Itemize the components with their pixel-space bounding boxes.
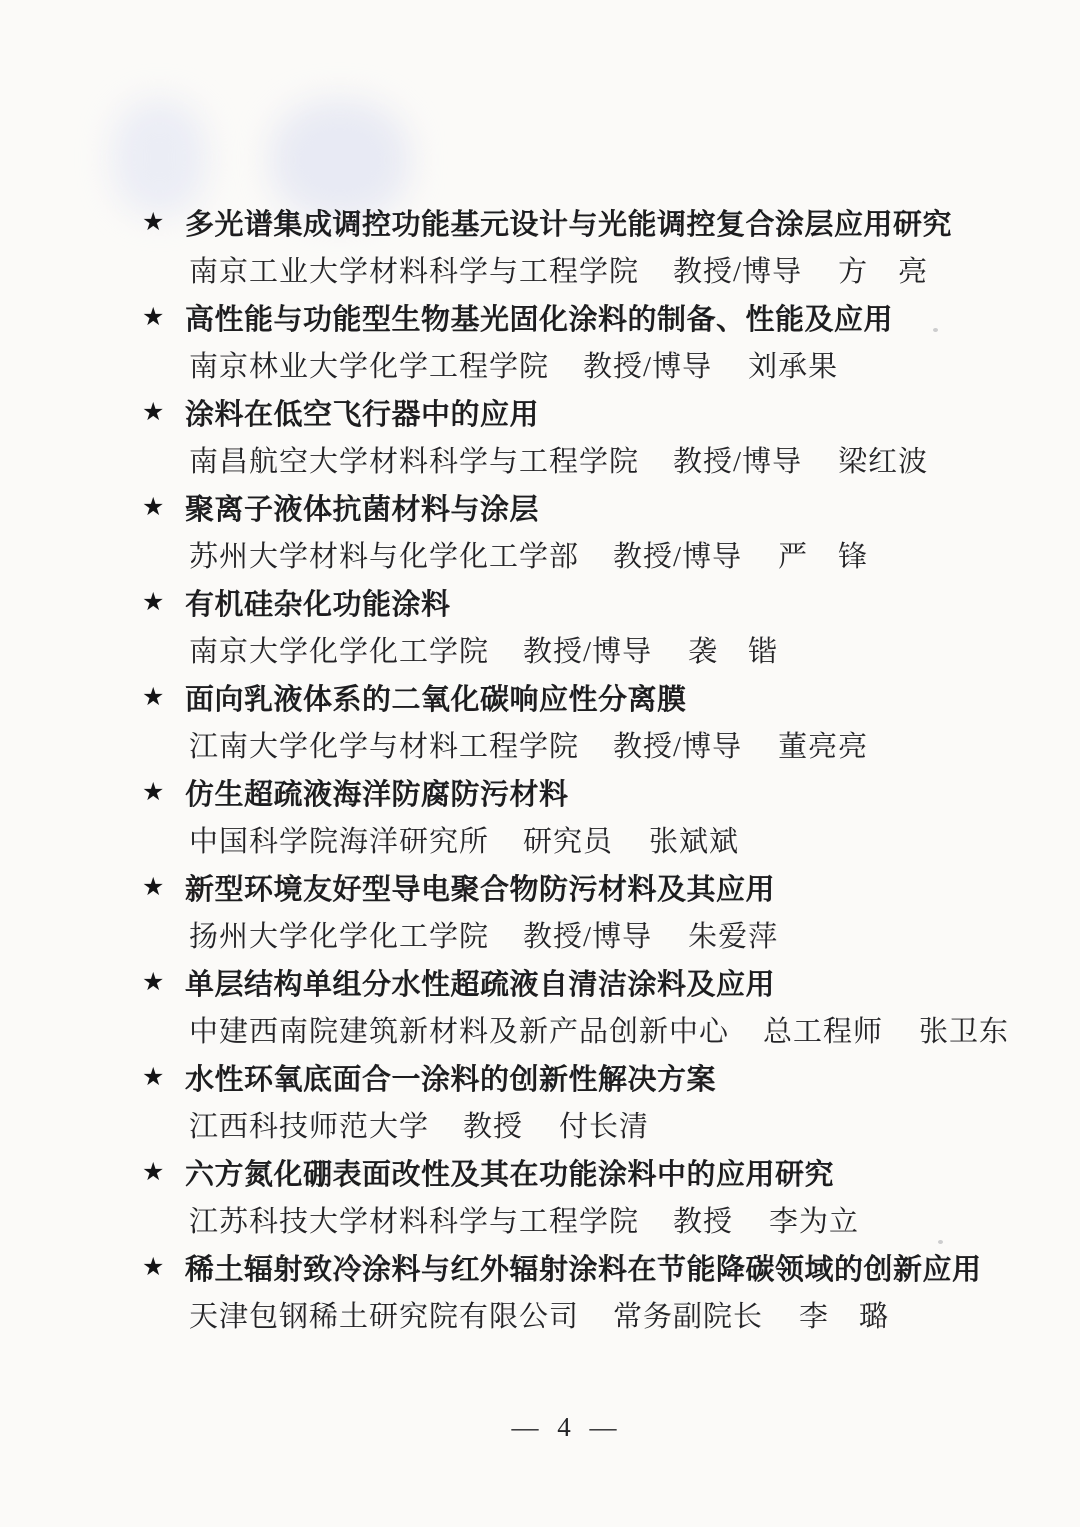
- speaker-affiliation: 南京大学化学化工学院: [189, 629, 489, 670]
- star-bullet-icon: ★: [142, 1255, 185, 1280]
- speaker-name: 刘承果: [748, 344, 838, 385]
- talk-title: 高性能与功能型生物基光固化涂料的制备、性能及应用: [185, 297, 893, 338]
- talk-title: 有机硅杂化功能涂料: [185, 582, 451, 623]
- talk-title-line: ★ 多光谱集成调控功能基元设计与光能调控复合涂层应用研究: [0, 198, 1080, 246]
- star-bullet-icon: ★: [142, 780, 185, 805]
- talk-title-line: ★ 单层结构单组分水性超疏液自清洁涂料及应用: [0, 958, 1080, 1006]
- talk-title: 六方氮化硼表面改性及其在功能涂料中的应用研究: [185, 1152, 834, 1193]
- speaker-role: 教授/博导: [673, 249, 802, 290]
- talk-title-line: ★ 稀土辐射致冷涂料与红外辐射涂料在节能降碳领域的创新应用: [0, 1243, 1080, 1291]
- talk-title: 单层结构单组分水性超疏液自清洁涂料及应用: [185, 962, 775, 1003]
- talk-title-line: ★ 新型环境友好型导电聚合物防污材料及其应用: [0, 863, 1080, 911]
- star-bullet-icon: ★: [142, 590, 185, 615]
- list-item: ★ 聚离子液体抗菌材料与涂层 苏州大学材料与化学化工学部 教授/博导 严 锋: [0, 483, 1080, 578]
- speaker-role: 教授/博导: [613, 724, 742, 765]
- list-item: ★ 仿生超疏液海洋防腐防污材料 中国科学院海洋研究所 研究员 张斌斌: [0, 768, 1080, 863]
- star-bullet-icon: ★: [142, 1160, 185, 1185]
- list-item: ★ 单层结构单组分水性超疏液自清洁涂料及应用 中建西南院建筑新材料及新产品创新中…: [0, 958, 1080, 1053]
- speaker-name: 严 锋: [778, 534, 868, 575]
- talk-title-line: ★ 六方氮化硼表面改性及其在功能涂料中的应用研究: [0, 1148, 1080, 1196]
- page-footer: — 4 —: [27, 1412, 1080, 1443]
- speaker-name: 李为立: [769, 1199, 859, 1240]
- speaker-name: 李 璐: [799, 1294, 889, 1335]
- star-bullet-icon: ★: [142, 210, 185, 235]
- star-bullet-icon: ★: [142, 1065, 185, 1090]
- star-bullet-icon: ★: [142, 685, 185, 710]
- speaker-name: 朱爱萍: [688, 914, 778, 955]
- star-bullet-icon: ★: [142, 305, 185, 330]
- list-item: ★ 多光谱集成调控功能基元设计与光能调控复合涂层应用研究 南京工业大学材料科学与…: [0, 198, 1080, 293]
- speaker-role: 常务副院长: [613, 1294, 763, 1335]
- speaker-affiliation: 扬州大学化学化工学院: [189, 914, 489, 955]
- list-item: ★ 六方氮化硼表面改性及其在功能涂料中的应用研究 江苏科技大学材料科学与工程学院…: [0, 1148, 1080, 1243]
- speaker-role: 教授/博导: [523, 914, 652, 955]
- star-bullet-icon: ★: [142, 400, 185, 425]
- speaker-name: 张斌斌: [649, 819, 739, 860]
- speaker-name: 张卫东: [919, 1009, 1009, 1050]
- star-bullet-icon: ★: [142, 970, 185, 995]
- speaker-line: 江苏科技大学材料科学与工程学院 教授 李为立: [0, 1196, 1080, 1243]
- talk-title: 仿生超疏液海洋防腐防污材料: [185, 772, 569, 813]
- speaker-name: 袭 锴: [688, 629, 778, 670]
- speaker-line: 中建西南院建筑新材料及新产品创新中心 总工程师 张卫东: [0, 1006, 1080, 1053]
- list-item: ★ 高性能与功能型生物基光固化涂料的制备、性能及应用 南京林业大学化学工程学院 …: [0, 293, 1080, 388]
- scanned-page: ★ 多光谱集成调控功能基元设计与光能调控复合涂层应用研究 南京工业大学材料科学与…: [0, 0, 1080, 1527]
- speaker-role: 教授/博导: [523, 629, 652, 670]
- speaker-affiliation: 中建西南院建筑新材料及新产品创新中心: [189, 1009, 729, 1050]
- speaker-affiliation: 中国科学院海洋研究所: [189, 819, 489, 860]
- list-item: ★ 新型环境友好型导电聚合物防污材料及其应用 扬州大学化学化工学院 教授/博导 …: [0, 863, 1080, 958]
- page-number: — 4 —: [512, 1412, 623, 1442]
- speaker-role: 教授: [463, 1104, 523, 1145]
- speaker-affiliation: 江西科技师范大学: [189, 1104, 429, 1145]
- speaker-name: 梁红波: [838, 439, 928, 480]
- talk-title-line: ★ 高性能与功能型生物基光固化涂料的制备、性能及应用: [0, 293, 1080, 341]
- speaker-line: 苏州大学材料与化学化工学部 教授/博导 严 锋: [0, 531, 1080, 578]
- talk-title-line: ★ 面向乳液体系的二氧化碳响应性分离膜: [0, 673, 1080, 721]
- presentation-list: ★ 多光谱集成调控功能基元设计与光能调控复合涂层应用研究 南京工业大学材料科学与…: [0, 198, 1080, 1338]
- speaker-affiliation: 江南大学化学与材料工程学院: [189, 724, 579, 765]
- talk-title: 多光谱集成调控功能基元设计与光能调控复合涂层应用研究: [185, 202, 952, 243]
- speaker-affiliation: 江苏科技大学材料科学与工程学院: [189, 1199, 639, 1240]
- speaker-line: 南昌航空大学材料科学与工程学院 教授/博导 梁红波: [0, 436, 1080, 483]
- speaker-role: 教授: [673, 1199, 733, 1240]
- talk-title: 水性环氧底面合一涂料的创新性解决方案: [185, 1057, 716, 1098]
- speaker-affiliation: 苏州大学材料与化学化工学部: [189, 534, 579, 575]
- speaker-line: 天津包钢稀土研究院有限公司 常务副院长 李 璐: [0, 1291, 1080, 1338]
- list-item: ★ 有机硅杂化功能涂料 南京大学化学化工学院 教授/博导 袭 锴: [0, 578, 1080, 673]
- talk-title: 面向乳液体系的二氧化碳响应性分离膜: [185, 677, 687, 718]
- speaker-role: 研究员: [523, 819, 613, 860]
- list-item: ★ 面向乳液体系的二氧化碳响应性分离膜 江南大学化学与材料工程学院 教授/博导 …: [0, 673, 1080, 768]
- speaker-name: 董亮亮: [778, 724, 868, 765]
- speaker-line: 扬州大学化学化工学院 教授/博导 朱爱萍: [0, 911, 1080, 958]
- talk-title-line: ★ 聚离子液体抗菌材料与涂层: [0, 483, 1080, 531]
- speaker-affiliation: 天津包钢稀土研究院有限公司: [189, 1294, 579, 1335]
- list-item: ★ 稀土辐射致冷涂料与红外辐射涂料在节能降碳领域的创新应用 天津包钢稀土研究院有…: [0, 1243, 1080, 1338]
- speaker-affiliation: 南京林业大学化学工程学院: [189, 344, 549, 385]
- speaker-name: 方 亮: [838, 249, 928, 290]
- talk-title: 聚离子液体抗菌材料与涂层: [185, 487, 539, 528]
- speaker-line: 江南大学化学与材料工程学院 教授/博导 董亮亮: [0, 721, 1080, 768]
- star-bullet-icon: ★: [142, 875, 185, 900]
- talk-title-line: ★ 涂料在低空飞行器中的应用: [0, 388, 1080, 436]
- talk-title-line: ★ 仿生超疏液海洋防腐防污材料: [0, 768, 1080, 816]
- talk-title-line: ★ 水性环氧底面合一涂料的创新性解决方案: [0, 1053, 1080, 1101]
- talk-title: 稀土辐射致冷涂料与红外辐射涂料在节能降碳领域的创新应用: [185, 1247, 982, 1288]
- speaker-role: 教授/博导: [673, 439, 802, 480]
- speaker-line: 南京林业大学化学工程学院 教授/博导 刘承果: [0, 341, 1080, 388]
- speaker-line: 中国科学院海洋研究所 研究员 张斌斌: [0, 816, 1080, 863]
- speaker-name: 付长清: [559, 1104, 649, 1145]
- speaker-affiliation: 南昌航空大学材料科学与工程学院: [189, 439, 639, 480]
- speaker-role: 教授/博导: [583, 344, 712, 385]
- star-bullet-icon: ★: [142, 495, 185, 520]
- speaker-line: 江西科技师范大学 教授 付长清: [0, 1101, 1080, 1148]
- list-item: ★ 涂料在低空飞行器中的应用 南昌航空大学材料科学与工程学院 教授/博导 梁红波: [0, 388, 1080, 483]
- speaker-role: 总工程师: [763, 1009, 883, 1050]
- speaker-line: 南京工业大学材料科学与工程学院 教授/博导 方 亮: [0, 246, 1080, 293]
- talk-title: 涂料在低空飞行器中的应用: [185, 392, 539, 433]
- list-item: ★ 水性环氧底面合一涂料的创新性解决方案 江西科技师范大学 教授 付长清: [0, 1053, 1080, 1148]
- speaker-affiliation: 南京工业大学材料科学与工程学院: [189, 249, 639, 290]
- speaker-line: 南京大学化学化工学院 教授/博导 袭 锴: [0, 626, 1080, 673]
- speaker-role: 教授/博导: [613, 534, 742, 575]
- talk-title: 新型环境友好型导电聚合物防污材料及其应用: [185, 867, 775, 908]
- talk-title-line: ★ 有机硅杂化功能涂料: [0, 578, 1080, 626]
